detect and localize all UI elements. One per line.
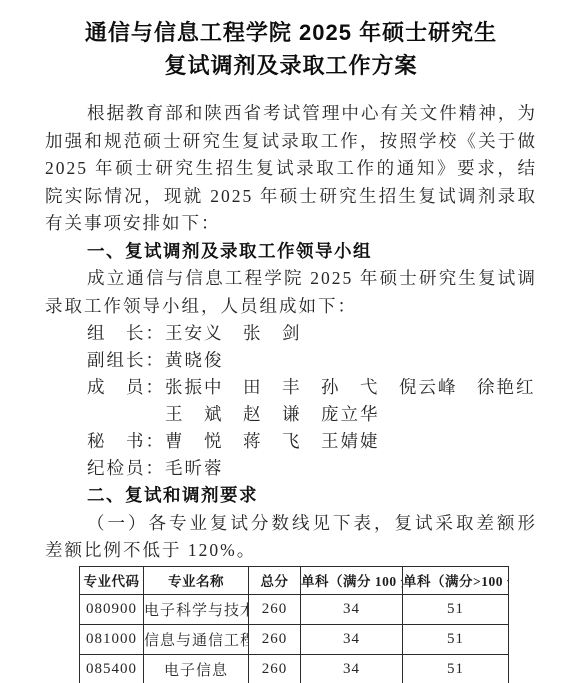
header-single-subject-over-100: 单科（满分>100 分） [403, 566, 509, 594]
roster-line-secretaries: 秘 书：曹 悦 蒋 飞 王婧婕 [45, 428, 537, 455]
score-line-table: 专业代码 专业名称 总分 单科（满分 100 分） 单科（满分>100 分） 0… [79, 566, 509, 683]
header-single-subject-100: 单科（满分 100 分） [301, 566, 403, 594]
cell-single-subject-100: 34 [301, 594, 403, 624]
document-title: 通信与信息工程学院 2025 年硕士研究生 复试调剂及录取工作方案 [45, 16, 537, 82]
cell-single-subject-100: 34 [301, 624, 403, 654]
title-line-2: 复试调剂及录取工作方案 [45, 49, 537, 82]
table-row: 080900 电子科学与技术 260 34 51 [80, 594, 509, 624]
text-line: 加强和规范硕士研究生复试录取工作，按照学校《关于做好 [45, 128, 537, 156]
cell-total-score: 260 [249, 624, 301, 654]
cell-major-code: 080900 [80, 594, 144, 624]
cell-total-score: 260 [249, 594, 301, 624]
text-line: 2025 年硕士研究生招生复试录取工作的通知》要求，结合学 [45, 155, 537, 183]
cell-single-subject-over-100: 51 [403, 594, 509, 624]
document-page: 通信与信息工程学院 2025 年硕士研究生 复试调剂及录取工作方案 根据教育部和… [0, 0, 582, 683]
text-line: （一）各专业复试分数线见下表，复试采取差额形式， [45, 510, 537, 538]
header-major-code: 专业代码 [80, 566, 144, 594]
cell-major-code: 085400 [80, 654, 144, 683]
section1-heading: 一、复试调剂及录取工作领导小组 [45, 238, 537, 266]
cell-major-name: 电子信息 [144, 654, 249, 683]
text-line: 根据教育部和陕西省考试管理中心有关文件精神，为了 [45, 100, 537, 128]
cell-total-score: 260 [249, 654, 301, 683]
cell-major-code: 081000 [80, 624, 144, 654]
text-line: 院实际情况，现就 2025 年硕士研究生招生复试调剂录取工作 [45, 183, 537, 211]
intro-paragraph: 根据教育部和陕西省考试管理中心有关文件精神，为了 加强和规范硕士研究生复试录取工… [45, 100, 537, 238]
roster-line-discipline-inspector: 纪检员：毛昕蓉 [45, 455, 537, 482]
section2-heading: 二、复试和调剂要求 [45, 482, 537, 510]
cell-single-subject-over-100: 51 [403, 654, 509, 683]
header-total-score: 总分 [249, 566, 301, 594]
section1-paragraph: 成立通信与信息工程学院 2025 年硕士研究生复试调剂及 录取工作领导小组，人员… [45, 265, 537, 320]
cell-major-name: 电子科学与技术 [144, 594, 249, 624]
section2-paragraph: （一）各专业复试分数线见下表，复试采取差额形式， 差额比例不低于 120%。 [45, 510, 537, 565]
table-row: 085400 电子信息 260 34 51 [80, 654, 509, 683]
cell-major-name: 信息与通信工程 [144, 624, 249, 654]
roster-line-members-continued: 王 斌 赵 谦 庞立华 [45, 401, 537, 428]
roster-line-members: 成 员：张振中 田 丰 孙 弋 倪云峰 徐艳红 [45, 374, 537, 401]
roster-line-deputy-leader: 副组长：黄晓俊 [45, 347, 537, 374]
header-major-name: 专业名称 [144, 566, 249, 594]
text-line: 有关事项安排如下： [45, 210, 537, 238]
text-line: 录取工作领导小组，人员组成如下： [45, 293, 537, 321]
cell-single-subject-100: 34 [301, 654, 403, 683]
text-line: 差额比例不低于 120%。 [45, 537, 537, 565]
title-line-1: 通信与信息工程学院 2025 年硕士研究生 [45, 16, 537, 49]
table-row: 081000 信息与通信工程 260 34 51 [80, 624, 509, 654]
text-line: 成立通信与信息工程学院 2025 年硕士研究生复试调剂及 [45, 265, 537, 293]
cell-single-subject-over-100: 51 [403, 624, 509, 654]
table-header-row: 专业代码 专业名称 总分 单科（满分 100 分） 单科（满分>100 分） [80, 566, 509, 594]
leadership-roster: 组 长：王安义 张 剑 副组长：黄晓俊 成 员：张振中 田 丰 孙 弋 倪云峰 … [45, 320, 537, 482]
roster-line-leader: 组 长：王安义 张 剑 [45, 320, 537, 347]
